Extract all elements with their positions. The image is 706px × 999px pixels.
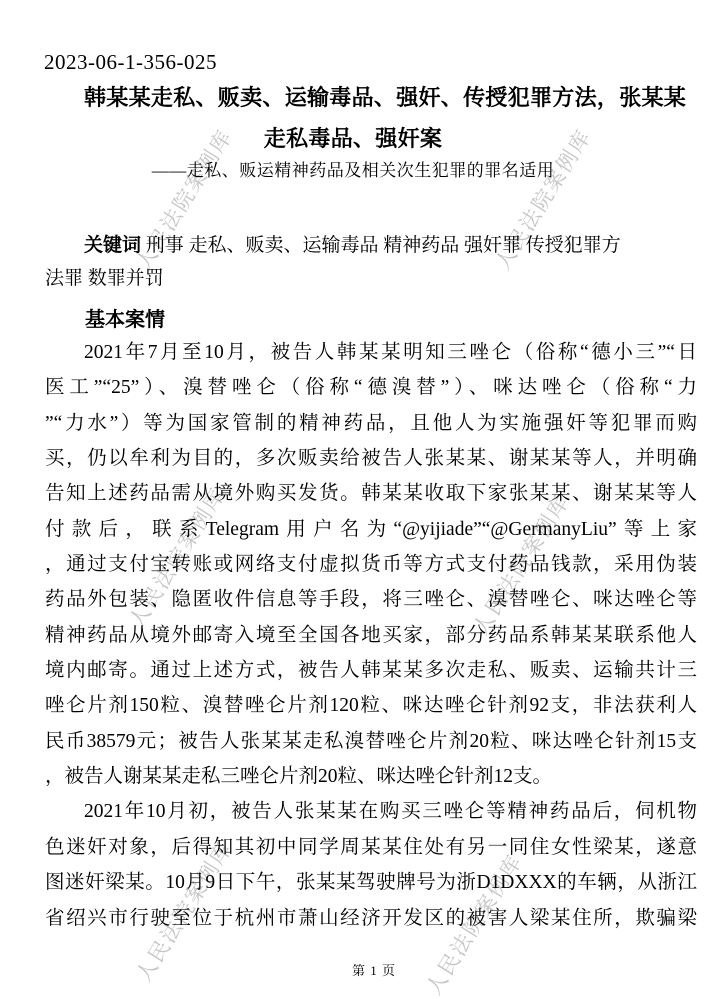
page-number: 第 1 页	[352, 960, 396, 979]
body-line: 色迷奸对象，后得知其初中同学周某某住处有另一同住女性梁某，遂意	[45, 830, 697, 865]
body-line: 唑仑片剂150粒、溴替唑仑片剂120粒、咪达唑仑针剂92支，非法获利人	[45, 688, 697, 723]
body-line: 付款后，联系Telegram用户名为“@yijiade”“@GermanyLiu…	[45, 512, 697, 547]
document-subtitle: ——走私、贩运精神药品及相关次生犯罪的罪名适用	[0, 156, 706, 181]
keywords-label: 关键词	[84, 235, 141, 256]
body-line: 省绍兴市行驶至位于杭州市萧山经济开发区的被害人梁某住所，欺骗梁	[45, 901, 697, 936]
section-heading: 基本案情	[85, 303, 165, 332]
body-line: 境内邮寄。通过上述方式，被告人韩某某多次走私、贩卖、运输共计三	[45, 653, 697, 688]
body-line: 买，仍以牟利为目的，多次贩卖给被告人张某某、谢某某等人，并明确	[45, 441, 697, 476]
body-line: 图迷奸梁某。10月9日下午，张某某驾驶牌号为浙D1DXXX的车辆，从浙江	[45, 865, 697, 900]
keywords-text: 刑事 走私、贩卖、运输毒品 精神药品 强奸罪 传授犯罪方	[141, 235, 621, 256]
body-line: 精神药品从境外邮寄入境至全国各地买家，部分药品系韩某某联系他人	[45, 618, 697, 653]
body-line: 民币38579元；被告人张某某走私溴替唑仑片剂20粒、咪达唑仑针剂15支	[45, 724, 697, 759]
document-title-line2: 走私毒品、强奸案	[0, 122, 706, 153]
document-page: 人民法院案例库 人民法院案例库 人民法院案例库 人民法院案例库 人民法院案例库 …	[0, 0, 706, 999]
body-line: 医工”“25”）、溴替唑仑（俗称“德溴替”）、咪达唑仑（俗称“力	[45, 370, 697, 405]
paragraph-1: 2021年7月至10月，被告人韩某某明知三唑仑（俗称“德小三”“日医工”“25”…	[45, 335, 697, 794]
keywords-block: 关键词 刑事 走私、贩卖、运输毒品 精神药品 强奸罪 传授犯罪方 法罪 数罪并罚	[45, 229, 697, 295]
body-line: 药品外包装、隐匿收件信息等手段，将三唑仑、溴替唑仑、咪达唑仑等	[45, 582, 697, 617]
case-facts-body: 2021年7月至10月，被告人韩某某明知三唑仑（俗称“德小三”“日医工”“25”…	[45, 335, 697, 936]
keywords-line2: 法罪 数罪并罚	[45, 262, 697, 295]
keywords-line1: 关键词 刑事 走私、贩卖、运输毒品 精神药品 强奸罪 传授犯罪方	[45, 229, 697, 262]
body-line: 告知上述药品需从境外购买发货。韩某某收取下家张某某、谢某某等人	[45, 476, 697, 511]
body-line: ，被告人谢某某走私三唑仑片剂20粒、咪达唑仑针剂12支。	[45, 759, 697, 794]
body-line: 2021年10月初，被告人张某某在购买三唑仑等精神药品后，伺机物	[45, 794, 697, 829]
document-title-line1: 韩某某走私、贩卖、运输毒品、强奸、传授犯罪方法，张某某	[84, 81, 686, 112]
body-line: 2021年7月至10月，被告人韩某某明知三唑仑（俗称“德小三”“日	[45, 335, 697, 370]
case-number: 2023-06-1-356-025	[44, 50, 217, 75]
body-line: ”“力水”）等为国家管制的精神药品，且他人为实施强奸等犯罪而购	[45, 406, 697, 441]
paragraph-2: 2021年10月初，被告人张某某在购买三唑仑等精神药品后，伺机物色迷奸对象，后得…	[45, 794, 697, 935]
body-line: ，通过支付宝转账或网络支付虚拟货币等方式支付药品钱款，采用伪装	[45, 547, 697, 582]
